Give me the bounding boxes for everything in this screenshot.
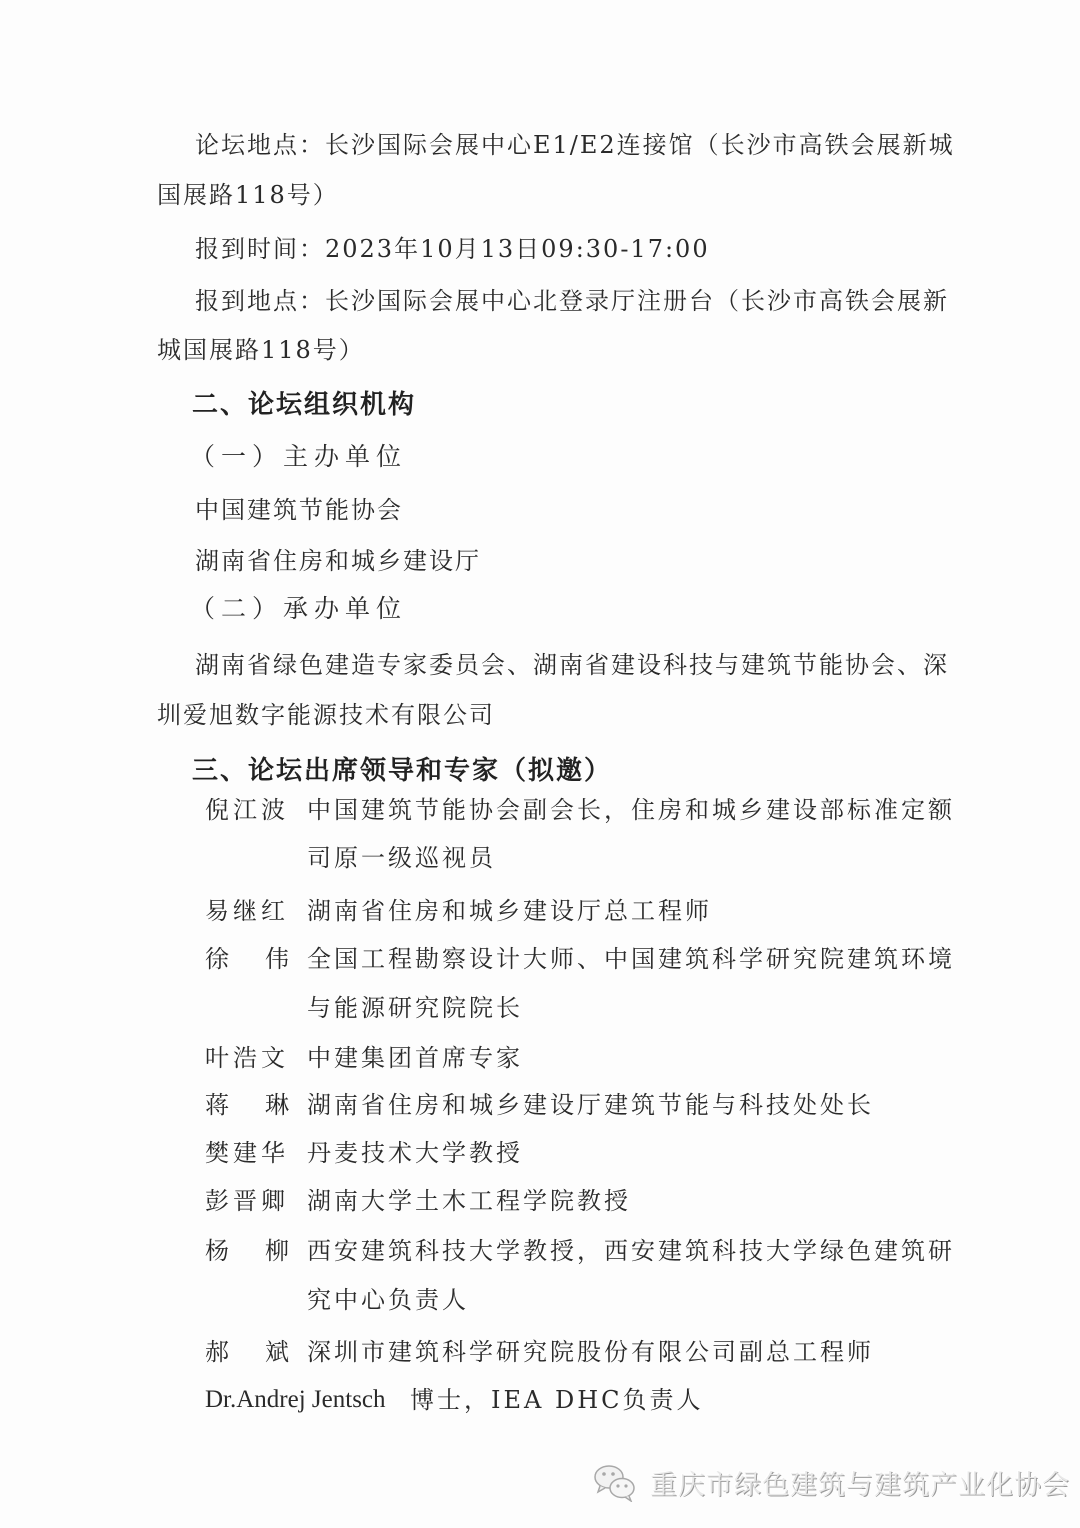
expert-role-cont: 司原一级巡视员 xyxy=(307,843,496,873)
expert-name: 易继红 xyxy=(205,896,289,926)
organizers-line-2: 圳爱旭数字能源技术有限公司 xyxy=(157,700,495,730)
organizers-subheading: （二）承办单位 xyxy=(190,594,407,624)
expert-role: 深圳市建筑科学研究院股份有限公司副总工程师 xyxy=(307,1337,874,1367)
hosts-subheading: （一）主办单位 xyxy=(190,442,407,472)
registration-time: 报到时间：2023年10月13日09:30-17:00 xyxy=(195,234,710,264)
section-3-heading: 三、论坛出席领导和专家（拟邀） xyxy=(192,756,612,786)
expert-role: 湖南省住房和城乡建设厅总工程师 xyxy=(307,896,712,926)
host-item: 中国建筑节能协会 xyxy=(195,495,403,525)
expert-name: 彭晋卿 xyxy=(205,1186,289,1216)
organizers-line-1: 湖南省绿色建造专家委员会、湖南省建设科技与建筑节能协会、深 xyxy=(195,650,949,680)
expert-name: 倪江波 xyxy=(205,795,289,825)
expert-name: 叶浩文 xyxy=(205,1043,289,1073)
wechat-icon xyxy=(592,1462,638,1502)
venue-line-2: 国展路118号） xyxy=(157,180,339,210)
section-2-heading: 二、论坛组织机构 xyxy=(192,390,416,420)
registration-place-line-2: 城国展路118号） xyxy=(157,335,365,365)
host-item: 湖南省住房和城乡建设厅 xyxy=(195,546,481,576)
watermark-text: 重庆市绿色建筑与建筑产业化协会 xyxy=(650,1463,1070,1502)
venue-line-1: 论坛地点：长沙国际会展中心E1/E2连接馆（长沙市高铁会展新城 xyxy=(195,130,955,160)
expert-role-cont: 究中心负责人 xyxy=(307,1285,469,1315)
expert-name: 樊建华 xyxy=(205,1138,289,1168)
expert-role: 湖南大学土木工程学院教授 xyxy=(307,1186,631,1216)
expert-role: 中建集团首席专家 xyxy=(307,1043,523,1073)
expert-role: 中国建筑节能协会副会长，住房和城乡建设部标准定额 xyxy=(307,795,955,825)
expert-role-cont: 与能源研究院院长 xyxy=(307,993,523,1023)
expert-role: 西安建筑科技大学教授，西安建筑科技大学绿色建筑研 xyxy=(307,1236,955,1266)
expert-name: Dr.Andrej Jentsch xyxy=(205,1385,386,1415)
expert-role: 全国工程勘察设计大师、中国建筑科学研究院建筑环境 xyxy=(307,944,955,974)
watermark: 重庆市绿色建筑与建筑产业化协会 xyxy=(592,1460,1070,1504)
expert-role: 丹麦技术大学教授 xyxy=(307,1138,523,1168)
expert-role: 博士，IEA DHC负责人 xyxy=(410,1385,704,1415)
expert-role: 湖南省住房和城乡建设厅建筑节能与科技处处长 xyxy=(307,1090,874,1120)
registration-place-line-1: 报到地点：长沙国际会展中心北登录厅注册台（长沙市高铁会展新 xyxy=(195,286,949,316)
